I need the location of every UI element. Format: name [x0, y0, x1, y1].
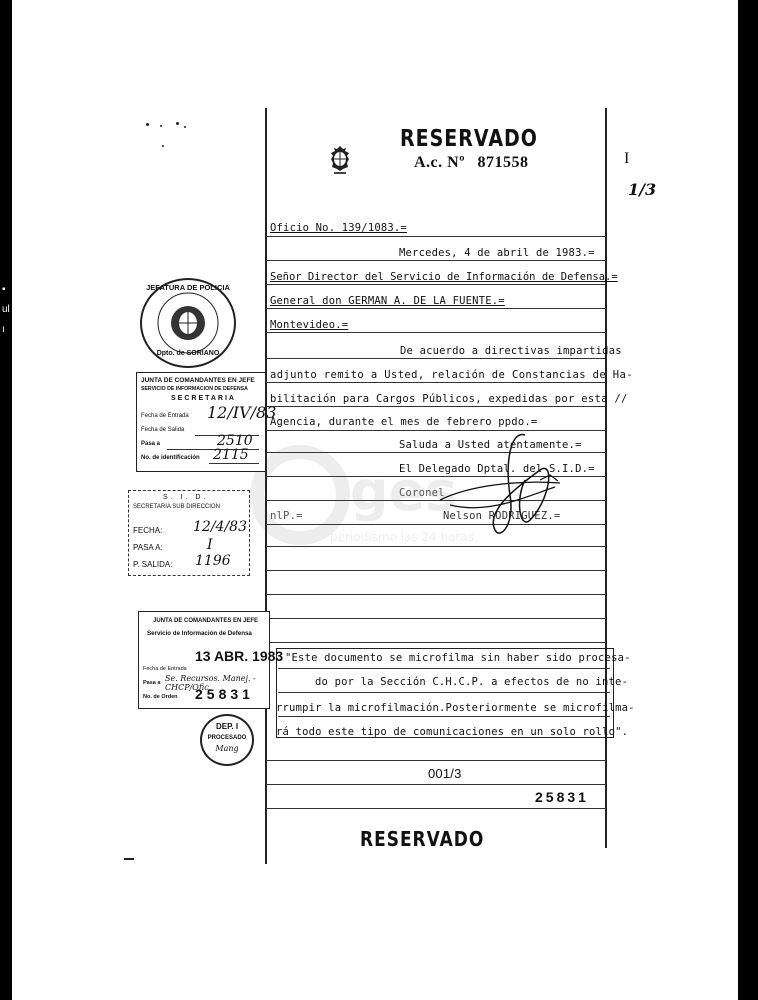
stamp-subtitle: SERVICIO DE INFORMACION DE DEFENSA — [141, 386, 248, 392]
ruled-line — [266, 236, 606, 237]
body-line-2: adjunto remito a Usted, relación de Cons… — [270, 369, 633, 381]
place-date: Mercedes, 4 de abril de 1983.= — [399, 247, 595, 259]
stamp-subtitle: SECRETARIA SUB DIRECCION — [133, 504, 220, 510]
procesado-dept: DEP. I — [202, 722, 252, 731]
stamp-title: S. I. D. — [163, 494, 208, 501]
body-line-3: bilitación para Cargos Públicos, expedid… — [270, 393, 628, 405]
notice-rule — [278, 716, 610, 717]
recipient-line-2: General don GERMAN A. DE LA FUENTE.= — [270, 295, 505, 307]
stamp-entry-date: 13 ABR. 1983 — [195, 648, 283, 664]
initials: nlP.= — [270, 510, 303, 522]
stamp-entry-date: 12/IV/83 — [207, 403, 276, 422]
stamp-label: Pasa a — [141, 441, 160, 447]
ac-number-label: A.c. Nº — [414, 154, 465, 171]
ruled-line — [266, 358, 606, 359]
notice-rule — [278, 668, 610, 669]
page-marker: 001/3 — [428, 766, 462, 781]
ruled-line — [266, 284, 606, 285]
scan-left-border — [0, 0, 12, 1000]
ruled-line — [266, 808, 606, 809]
oficio-number: Oficio No. 139/1083.= — [270, 222, 407, 234]
stamp-label: Fecha de Entrada — [143, 666, 187, 672]
notice-rule — [278, 692, 610, 693]
scan-edge-marks: ▪ulı — [2, 280, 12, 340]
stamp-field-line — [209, 463, 259, 464]
ac-number-value: 871558 — [478, 154, 529, 171]
police-seal-bottom-text: Dpto. de SORIANO — [146, 350, 230, 357]
speck — [146, 123, 149, 126]
procesado-label: PROCESADO — [202, 735, 252, 741]
ruled-line — [266, 618, 606, 619]
margin-roman-numeral: I — [624, 150, 629, 168]
stamp-salida-value: 1196 — [195, 553, 231, 569]
stamp-title: JUNTA DE COMANDANTES EN JEFE — [141, 377, 255, 384]
margin-page-count: 1/3 — [628, 180, 656, 199]
stamp-label: Pasa a — [143, 680, 160, 686]
stamp-label: Fecha de Entrada — [141, 413, 189, 419]
police-seal: JEFATURA DE POLICIA Dpto. de SORIANO — [140, 278, 236, 368]
junta-entrada-stamp: JUNTA DE COMANDANTES EN JEFE Servicio de… — [138, 611, 270, 709]
procesado-stamp: DEP. I PROCESADO Mang — [200, 714, 254, 766]
ruled-line — [266, 332, 606, 333]
notice-line-3: rrumpir la microfilmación.Posteriormente… — [276, 702, 635, 714]
notice-line-1: "Este documento se microfilma sin haber … — [285, 652, 631, 664]
procesado-initials: Mang — [202, 744, 252, 753]
stamp-label: No. de Orden — [143, 694, 178, 700]
stamp-order-value: 25831 — [195, 686, 254, 702]
speck — [162, 145, 164, 147]
body-line-1: De acuerdo a directivas impartidas — [400, 345, 622, 357]
ruled-line — [266, 260, 606, 261]
stamp-section: SECRETARIA — [171, 395, 236, 402]
speck — [176, 122, 179, 125]
coat-of-arms-icon — [329, 145, 351, 177]
classification-footer: RESERVADO — [360, 828, 484, 852]
scan-right-border — [738, 0, 758, 1000]
speck — [160, 125, 162, 127]
speck — [124, 858, 134, 860]
ruled-line — [266, 760, 606, 761]
notice-line-2: do por la Sección C.H.C.P. a efectos de … — [315, 676, 628, 688]
stamp-label: FECHA: — [133, 526, 162, 535]
ruled-line — [266, 570, 606, 571]
stamp-title: JUNTA DE COMANDANTES EN JEFE — [153, 618, 258, 624]
stamp-id-value: 2115 — [213, 447, 249, 463]
ruled-line — [266, 308, 606, 309]
stamp-label: No. de identificación — [141, 455, 200, 461]
ac-number: A.c. Nº 871558 — [414, 154, 529, 172]
stamp-label: Fecha de Salida — [141, 427, 184, 433]
classification-header: RESERVADO — [400, 126, 538, 152]
ruled-line — [266, 382, 606, 383]
stamp-label: P. SALIDA: — [133, 560, 172, 569]
notice-line-4: rá todo este tipo de comunicaciones en u… — [276, 726, 628, 738]
recipient-line-1: Señor Director del Servicio de Informaci… — [270, 271, 618, 283]
ruled-line — [266, 594, 606, 595]
ruled-line — [266, 642, 606, 643]
ruled-line — [266, 406, 606, 407]
stamp-subtitle: Servicio de Información de Defensa — [147, 630, 252, 637]
junta-secretaria-stamp: JUNTA DE COMANDANTES EN JEFE SERVICIO DE… — [136, 372, 266, 472]
order-number-stamp: 25831 — [535, 789, 589, 805]
speck — [184, 126, 186, 128]
stamp-pasa-value: I — [207, 537, 213, 553]
signature-icon — [430, 425, 570, 545]
ruled-line — [266, 784, 606, 785]
police-seal-top-text: JEFATURA DE POLICIA — [146, 283, 230, 292]
recipient-city: Montevideo.= — [270, 319, 348, 331]
sid-subdireccion-stamp: S. I. D. SECRETARIA SUB DIRECCION FECHA:… — [128, 490, 250, 576]
stamp-fecha-value: 12/4/83 — [193, 519, 247, 535]
stamp-label: PASA A: — [133, 543, 163, 552]
